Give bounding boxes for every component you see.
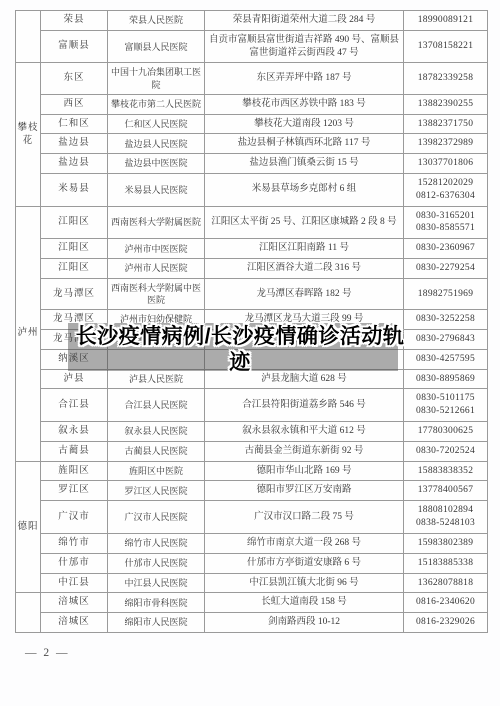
district-cell: 什邡市 (41, 553, 108, 573)
phone-cell: 0830-7202524 (404, 441, 488, 461)
table-row: 古蔺县古蔺县人民医院古蔺县金兰街道东新街 92 号0830-7202524 (16, 441, 488, 461)
table-row: 米易县米易县人民医院米易县草场乡克郎村 6 组15281202029 0812-… (16, 173, 488, 206)
phone-cell: 13708158221 (404, 30, 488, 63)
hospital-cell: 攀枝花市第二人民医院 (108, 94, 205, 114)
hospital-cell: 盐边县中医医院 (108, 154, 205, 174)
hospital-cell: 米易县人民医院 (108, 173, 205, 206)
phone-cell: 0816-2340620 (404, 593, 488, 613)
table-row: 罗江区罗江区人民医院德阳市罗江区万安南路13778400567 (16, 481, 488, 501)
district-cell: 旌阳区 (41, 461, 108, 481)
table-row: 攀枝花东区中国十九冶集团职工医院东区弄弄坪中路 187 号18782339258 (16, 63, 488, 94)
district-cell: 江阳区 (41, 259, 108, 279)
district-cell: 仁和区 (41, 114, 108, 134)
hospital-cell: 古蔺县人民医院 (108, 441, 205, 461)
phone-cell: 0830-2279254 (404, 259, 488, 279)
address-cell: 长虹大道南段 158 号 (205, 593, 404, 613)
hospital-cell: 罗江区人民医院 (108, 481, 205, 501)
phone-cell: 15183885338 (404, 553, 488, 573)
hospital-cell: 西南医科大学附属医院 (108, 206, 205, 239)
hospital-cell: 叙永县人民医院 (108, 422, 205, 442)
address-cell: 东区弄弄坪中路 187 号 (205, 63, 404, 94)
hospital-cell: 什邡市人民医院 (108, 553, 205, 573)
district-cell: 西区 (41, 94, 108, 114)
address-cell: 古蔺县金兰街道东新街 92 号 (205, 441, 404, 461)
phone-cell: 15281202029 0812-6376304 (404, 173, 488, 206)
scanned-document-page: 荣县荣县人民医院荣县青阳街道荣州大道二段 284 号18990089121富顺县… (0, 0, 500, 706)
hospital-cell: 泸州市中医医院 (108, 239, 205, 259)
hospital-cell: 中江县人民医院 (108, 573, 205, 593)
group-label-cell (16, 11, 41, 63)
district-cell: 江阳区 (41, 206, 108, 239)
address-cell: 合江县符阳街道荔乡路 546 号 (205, 389, 404, 422)
phone-cell: 0830-2360967 (404, 239, 488, 259)
address-cell: 江阳区太平街 25 号、江阳区康城路 2 段 8 号 (205, 206, 404, 239)
district-cell: 广汉市 (41, 501, 108, 534)
table-row: 仁和区仁和区人民医院攀枝花大道南段 1203 号13882371750 (16, 114, 488, 134)
table-row: 富顺县富顺县人民医院自贡市富顺县富世街道吉祥路 490 号、富顺县富世街道祥云街… (16, 30, 488, 63)
phone-cell: 17780300625 (404, 422, 488, 442)
hospital-cell: 广汉市人民医院 (108, 501, 205, 534)
table-row: 西区攀枝花市第二人民医院攀枝花市西区苏铁中路 183 号13882390255 (16, 94, 488, 114)
phone-cell: 0830-8895869 (404, 369, 488, 389)
address-cell: 盐边县渔门镇桑云街 15 号 (205, 154, 404, 174)
address-cell: 龙马潭区春晖路 182 号 (205, 278, 404, 309)
district-cell: 涪城区 (41, 593, 108, 613)
address-cell: 盐边县桐子林镇西环北路 117 号 (205, 134, 404, 154)
table-row: 江阳区泸州市中医医院江阳区江阳南路 11 号0830-2360967 (16, 239, 488, 259)
district-cell: 中江县 (41, 573, 108, 593)
hospital-cell: 泸州市人民医院 (108, 259, 205, 279)
address-cell: 绵竹市南京大道一段 268 号 (205, 533, 404, 553)
district-cell: 富顺县 (41, 30, 108, 63)
address-cell: 叙永县叙永镇和平大道 612 号 (205, 422, 404, 442)
address-cell: 什邡市方亭街道安康路 6 号 (205, 553, 404, 573)
phone-cell: 18982751969 (404, 278, 488, 309)
table-row: 中江县中江县人民医院中江县凯江镇大北街 96 号13628078818 (16, 573, 488, 593)
phone-cell: 13882390255 (404, 94, 488, 114)
district-cell: 叙永县 (41, 422, 108, 442)
group-label-cell (16, 593, 41, 633)
table-row: 江阳区泸州市人民医院江阳区酒谷大道二段 316 号0830-2279254 (16, 259, 488, 279)
district-cell: 绵竹市 (41, 533, 108, 553)
address-cell: 德阳市华山北路 169 号 (205, 461, 404, 481)
group-label-cell: 泸州 (16, 206, 41, 461)
phone-cell: 15983802389 (404, 533, 488, 553)
table-row: 泸州江阳区西南医科大学附属医院江阳区太平街 25 号、江阳区康城路 2 段 8 … (16, 206, 488, 239)
phone-cell: 18782339258 (404, 63, 488, 94)
overlay-title: 长沙疫情病例/长沙疫情确诊活动轨迹 (72, 324, 408, 376)
address-cell: 德阳市罗江区万安南路 (205, 481, 404, 501)
table-row: 荣县荣县人民医院荣县青阳街道荣州大道二段 284 号18990089121 (16, 11, 488, 31)
hospital-cell: 中国十九冶集团职工医院 (108, 63, 205, 94)
district-cell: 古蔺县 (41, 441, 108, 461)
table-row: 盐边县盐边县人民医院盐边县桐子林镇西环北路 117 号13982372989 (16, 134, 488, 154)
phone-cell: 0830-2796843 (404, 329, 488, 349)
address-cell: 自贡市富顺县富世街道吉祥路 490 号、富顺县富世街道祥云街西段 47 号 (205, 30, 404, 63)
district-cell: 盐边县 (41, 154, 108, 174)
address-cell: 荣县青阳街道荣州大道二段 284 号 (205, 11, 404, 31)
phone-cell: 18990089121 (404, 11, 488, 31)
group-label-cell: 攀枝花 (16, 63, 41, 206)
phone-cell: 13628078818 (404, 573, 488, 593)
address-cell: 广汉市汉口路二段 75 号 (205, 501, 404, 534)
phone-cell: 13882371750 (404, 114, 488, 134)
page-number: — 2 — (25, 647, 70, 659)
table-row: 涪城区绵阳市人民医院剑南路西段 10-120816-2329026 (16, 613, 488, 633)
phone-cell: 0830-5101175 0830-5212661 (404, 389, 488, 422)
phone-cell: 18808102894 0838-5248103 (404, 501, 488, 534)
hospital-cell: 旌阳区中医院 (108, 461, 205, 481)
table-row: 涪城区绵阳市骨科医院长虹大道南段 158 号0816-2340620 (16, 593, 488, 613)
table-row: 什邡市什邡市人民医院什邡市方亭街道安康路 6 号15183885338 (16, 553, 488, 573)
district-cell: 合江县 (41, 389, 108, 422)
phone-cell: 0816-2329026 (404, 613, 488, 633)
table-row: 合江县合江县人民医院合江县符阳街道荔乡路 546 号0830-5101175 0… (16, 389, 488, 422)
address-cell: 攀枝花大道南段 1203 号 (205, 114, 404, 134)
table-row: 德阳旌阳区旌阳区中医院德阳市华山北路 169 号15883838352 (16, 461, 488, 481)
district-cell: 盐边县 (41, 134, 108, 154)
group-label-cell: 德阳 (16, 461, 41, 593)
address-cell: 剑南路西段 10-12 (205, 613, 404, 633)
district-cell: 东区 (41, 63, 108, 94)
phone-cell: 13982372989 (404, 134, 488, 154)
phone-cell: 0830-4257595 (404, 349, 488, 369)
table-row: 叙永县叙永县人民医院叙永县叙永镇和平大道 612 号17780300625 (16, 422, 488, 442)
address-cell: 江阳区酒谷大道二段 316 号 (205, 259, 404, 279)
hospital-cell: 荣县人民医院 (108, 11, 205, 31)
table-row: 盐边县盐边县中医医院盐边县渔门镇桑云街 15 号13037701806 (16, 154, 488, 174)
table-row: 龙马潭区西南医科大学附属中医医院龙马潭区春晖路 182 号18982751969 (16, 278, 488, 309)
district-cell: 罗江区 (41, 481, 108, 501)
hospital-cell: 仁和区人民医院 (108, 114, 205, 134)
address-cell: 中江县凯江镇大北街 96 号 (205, 573, 404, 593)
hospital-cell: 富顺县人民医院 (108, 30, 205, 63)
phone-cell: 0830-3252258 (404, 310, 488, 330)
hospital-table-body: 荣县荣县人民医院荣县青阳街道荣州大道二段 284 号18990089121富顺县… (16, 11, 488, 633)
district-cell: 龙马潭区 (41, 278, 108, 309)
hospital-cell: 西南医科大学附属中医医院 (108, 278, 205, 309)
address-cell: 米易县草场乡克郎村 6 组 (205, 173, 404, 206)
district-cell: 涪城区 (41, 613, 108, 633)
address-cell: 江阳区江阳南路 11 号 (205, 239, 404, 259)
district-cell: 米易县 (41, 173, 108, 206)
address-cell: 攀枝花市西区苏铁中路 183 号 (205, 94, 404, 114)
phone-cell: 15883838352 (404, 461, 488, 481)
table-row: 绵竹市绵竹市人民医院绵竹市南京大道一段 268 号15983802389 (16, 533, 488, 553)
district-cell: 荣县 (41, 11, 108, 31)
hospital-cell: 合江县人民医院 (108, 389, 205, 422)
hospital-cell: 绵阳市人民医院 (108, 613, 205, 633)
hospital-cell: 绵阳市骨科医院 (108, 593, 205, 613)
hospital-table: 荣县荣县人民医院荣县青阳街道荣州大道二段 284 号18990089121富顺县… (15, 10, 488, 633)
hospital-cell: 盐边县人民医院 (108, 134, 205, 154)
phone-cell: 13037701806 (404, 154, 488, 174)
phone-cell: 0830-3165201 0830-8585571 (404, 206, 488, 239)
district-cell: 江阳区 (41, 239, 108, 259)
hospital-cell: 绵竹市人民医院 (108, 533, 205, 553)
phone-cell: 13778400567 (404, 481, 488, 501)
table-row: 广汉市广汉市人民医院广汉市汉口路二段 75 号18808102894 0838-… (16, 501, 488, 534)
